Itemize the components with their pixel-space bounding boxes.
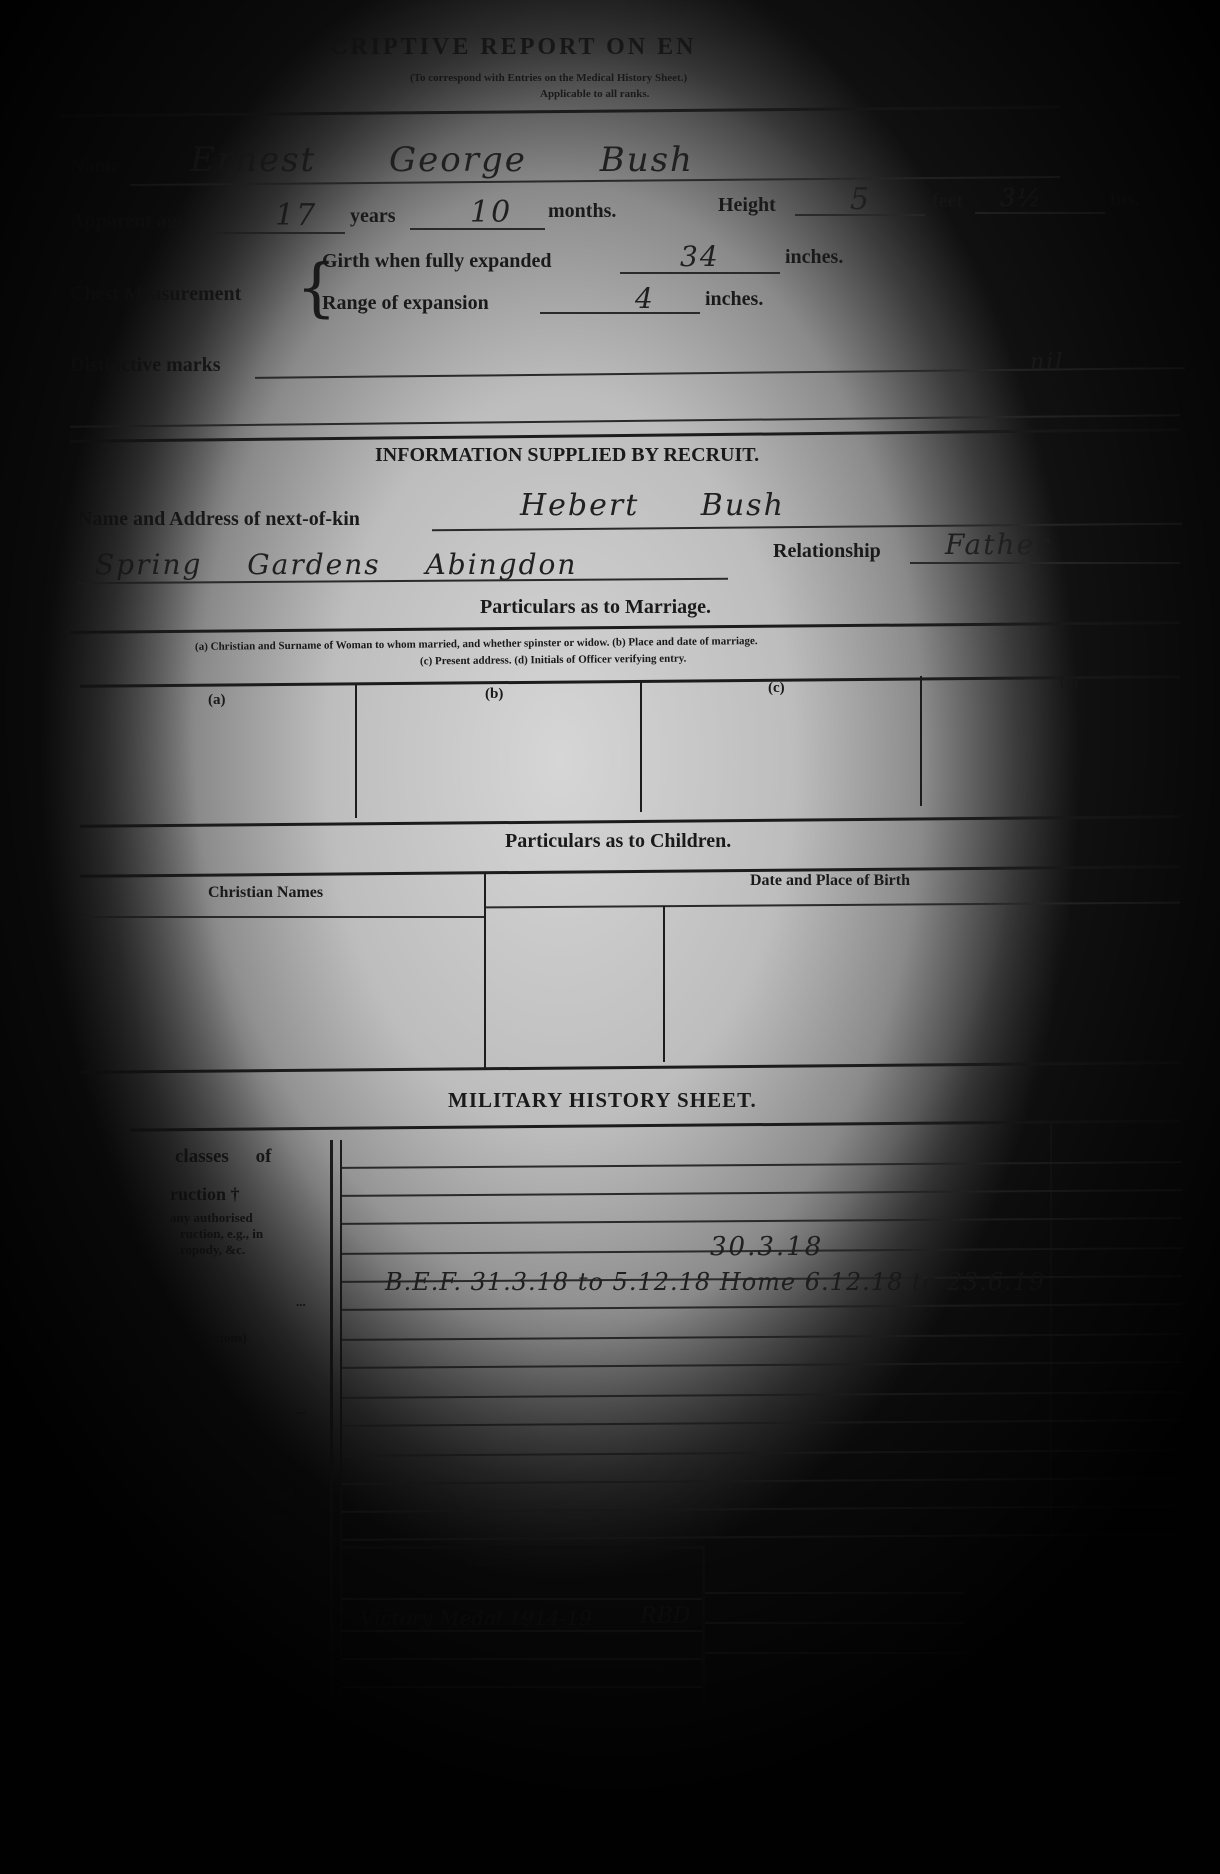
height-label: Height	[718, 194, 776, 217]
height-inches-value: 3½	[1000, 184, 1043, 212]
ruled-line	[342, 1419, 1182, 1427]
divider	[80, 815, 1180, 828]
name-label: Name	[70, 155, 120, 178]
age-years-underline	[215, 232, 345, 234]
height-inches-underline	[975, 212, 1105, 214]
divider	[70, 621, 1180, 634]
ruled-line	[705, 1652, 965, 1654]
label-wounds-dots: ...	[296, 1402, 306, 1418]
ruled-line	[342, 1189, 1182, 1197]
label-campaigns-dots: ...	[296, 1294, 306, 1310]
divider	[80, 916, 484, 918]
children-col-birth: Date and Place of Birth	[750, 872, 910, 890]
document-subtitle-2: Applicable to all ranks.	[540, 88, 649, 100]
divider	[486, 902, 1180, 909]
kin-name-underline	[432, 523, 1182, 532]
ruled-line	[342, 1303, 1182, 1311]
age-months-underline	[410, 228, 545, 230]
age-years-value: 17	[275, 198, 317, 233]
ruled-line	[342, 1505, 1182, 1513]
marriage-col-c: (c)	[768, 680, 785, 697]
column-divider	[920, 676, 922, 806]
girth-label: Girth when fully expanded	[322, 250, 551, 273]
marriage-col-d: (d)	[1060, 674, 1078, 691]
medal-entry: Victory Medal 1914-19	[360, 1606, 592, 1630]
medal-header: Name of Medal	[462, 1554, 560, 1571]
range-unit: inches.	[705, 288, 763, 311]
label-campaigns: ctions)	[210, 1330, 247, 1346]
ruled-line	[342, 1333, 1182, 1341]
girth-underline	[620, 272, 780, 274]
children-heading: Particulars as to Children.	[505, 830, 731, 853]
kin-label: Name and Address of next-of-kin	[78, 508, 360, 531]
column-divider	[663, 906, 665, 1062]
divider	[80, 1061, 1180, 1074]
label-classes: classes of	[175, 1146, 271, 1168]
inches-label: ins.	[1110, 188, 1139, 211]
marriage-note-2: (c) Present address. (d) Initials of Off…	[420, 653, 687, 668]
ruled-line	[342, 1598, 702, 1600]
ruled-line	[342, 1533, 1182, 1541]
service-entry: B.E.F. 31.3.18 to 5.12.18 Home 6.12.18 t…	[385, 1268, 1045, 1296]
marks-value: nil	[1030, 350, 1064, 375]
label-instruction: ruction †	[170, 1184, 240, 1205]
feet-label: feet	[932, 190, 963, 213]
range-label: Range of expansion	[322, 292, 489, 315]
service-entry-upper: 30.3.18	[710, 1232, 823, 1262]
kin-name-value: Hebert Bush	[520, 488, 785, 523]
medal-initials: RBD	[640, 1604, 690, 1629]
divider	[60, 106, 1060, 118]
divider	[342, 1546, 702, 1549]
height-feet-underline	[795, 214, 925, 216]
kin-address-value: Spring Gardens Abingdon	[95, 548, 577, 581]
scanned-document-page: CRIPTIVE REPORT ON EN (To correspond wit…	[0, 0, 1220, 1874]
ruled-line	[342, 1161, 1182, 1169]
ruled-line	[342, 1449, 1182, 1457]
column-divider	[1050, 1124, 1052, 1534]
ruled-line	[342, 1658, 702, 1660]
relationship-underline	[910, 562, 1180, 564]
column-divider	[355, 684, 357, 818]
range-value: 4	[635, 282, 655, 315]
divider	[130, 1119, 1180, 1131]
name-value: Ernest George Bush	[190, 140, 694, 180]
age-label: Apparent age	[70, 210, 186, 233]
marriage-note-1: (a) Christian and Surname of Woman to wh…	[195, 635, 758, 653]
marriage-col-a: (a)	[208, 692, 226, 709]
relationship-value: Father	[945, 528, 1050, 561]
ruled-line	[342, 1391, 1182, 1399]
column-divider	[640, 680, 642, 812]
ruled-line	[705, 1622, 965, 1624]
divider	[70, 428, 1180, 443]
months-label: months.	[548, 200, 616, 223]
ruled-line	[342, 1630, 702, 1632]
marriage-col-b: (b)	[485, 686, 503, 703]
ruled-line	[342, 1477, 1182, 1485]
divider	[70, 414, 1180, 428]
girth-value: 34	[680, 240, 720, 273]
label-other-2: ions	[268, 1510, 289, 1525]
children-col-names: Christian Names	[208, 884, 323, 902]
ruled-line	[342, 1686, 702, 1688]
ruled-line	[342, 1361, 1182, 1369]
marks-label: Distinctive marks	[70, 354, 221, 377]
divider	[80, 675, 1180, 688]
chest-label: Chest Measurement	[70, 283, 241, 306]
document-title: CRIPTIVE REPORT ON EN	[330, 34, 696, 61]
height-feet-value: 5	[850, 182, 871, 217]
label-authorised: any authorised	[170, 1210, 253, 1226]
divider	[80, 865, 1180, 878]
label-eg: ruction, e.g., in	[180, 1226, 263, 1242]
column-divider	[484, 872, 486, 1068]
ruled-line	[705, 1592, 965, 1594]
column-divider	[702, 1546, 705, 1702]
years-label: years	[350, 205, 396, 228]
range-underline	[540, 312, 700, 314]
recruit-info-heading: INFORMATION SUPPLIED BY RECRUIT.	[375, 444, 759, 467]
column-divider	[330, 1140, 333, 1700]
marriage-heading: Particulars as to Marriage.	[480, 596, 711, 619]
age-months-value: 10	[470, 195, 512, 230]
document-subtitle: (To correspond with Entries on the Medic…	[410, 72, 687, 84]
relationship-label: Relationship	[773, 540, 881, 563]
girth-unit: inches.	[785, 246, 843, 269]
label-other-1: ces of	[260, 1488, 293, 1504]
military-heading: MILITARY HISTORY SHEET.	[448, 1088, 757, 1113]
ruled-line	[342, 1217, 1182, 1225]
label-chiropody: ropody, &c.	[180, 1242, 245, 1258]
